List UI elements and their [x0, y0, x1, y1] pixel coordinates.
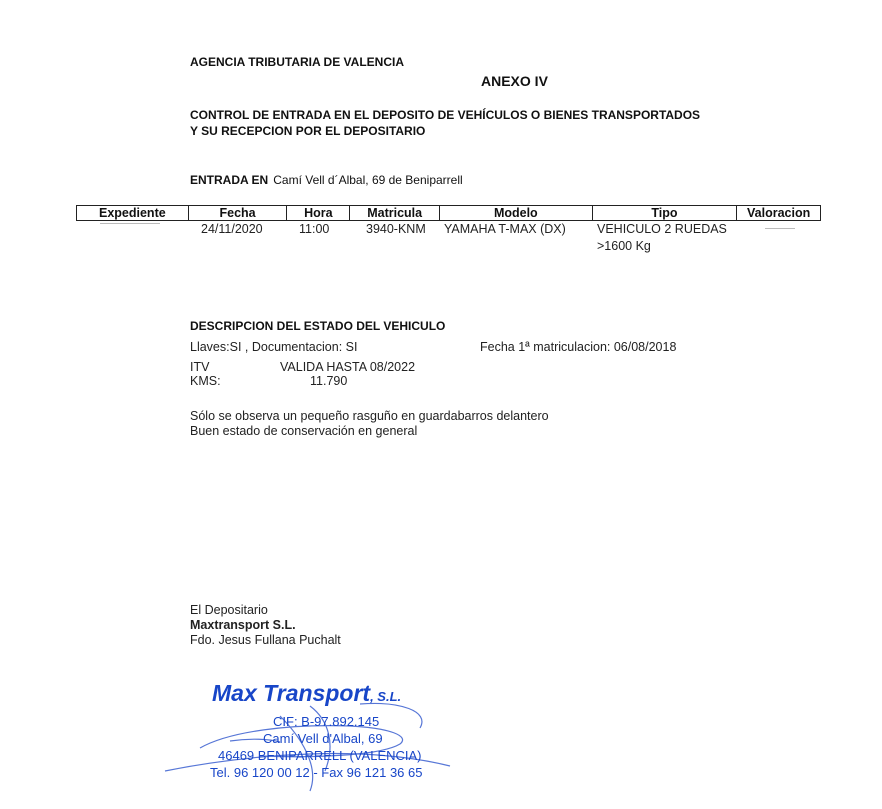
note-1: Sólo se observa un pequeño rasguño en gu… [190, 409, 549, 423]
entrada-address: Camí Vell d´Albal, 69 de Beniparrell [273, 173, 462, 187]
keys-documentation: Llaves:SI , Documentacion: SI [190, 340, 357, 354]
itv-label: ITV [190, 360, 209, 374]
stamp-street: Camí Vell d'Albal, 69 [263, 731, 383, 746]
cell-fecha: 24/11/2020 [201, 222, 263, 236]
stamp-brand: Max Transport, S.L. [212, 680, 401, 707]
stamp-phones: Tel. 96 120 00 12 - Fax 96 121 36 65 [210, 765, 423, 780]
document-title-line2: Y SU RECEPCION POR EL DEPOSITARIO [190, 124, 425, 138]
first-registration-date: Fecha 1ª matriculacion: 06/08/2018 [480, 340, 676, 354]
col-modelo: Modelo [440, 206, 593, 220]
annex-title: ANEXO IV [481, 73, 548, 89]
col-tipo: Tipo [593, 206, 738, 220]
cell-modelo: YAMAHA T-MAX (DX) [444, 222, 566, 236]
cell-hora: 11:00 [299, 222, 329, 236]
document-title-line1: CONTROL DE ENTRADA EN EL DEPOSITO DE VEH… [190, 108, 700, 122]
kms-label: KMS: [190, 374, 221, 388]
entrada-line: ENTRADA ENCamí Vell d´Albal, 69 de Benip… [190, 173, 463, 187]
note-2: Buen estado de conservación en general [190, 424, 417, 438]
company-stamp: Max Transport, S.L. CIF: B-97.892.145 Ca… [160, 676, 490, 801]
cell-tipo-line2: >1600 Kg [597, 239, 651, 253]
cell-matricula: 3940-KNM [366, 222, 426, 236]
signature-role: El Depositario [190, 603, 268, 617]
col-expediente: Expediente [77, 206, 189, 220]
col-matricula: Matricula [350, 206, 440, 220]
cell-tipo-line1: VEHICULO 2 RUEDAS [597, 222, 727, 236]
col-fecha: Fecha [189, 206, 288, 220]
stamp-cif: CIF: B-97.892.145 [273, 714, 379, 729]
kms-value: 11.790 [310, 374, 347, 388]
signature-name: Fdo. Jesus Fullana Puchalt [190, 633, 341, 647]
agency-name: AGENCIA TRIBUTARIA DE VALENCIA [190, 55, 404, 69]
col-valoracion: Valoracion [737, 206, 820, 220]
signature-company: Maxtransport S.L. [190, 618, 296, 632]
redacted-expediente [100, 223, 160, 224]
redacted-valoracion [765, 228, 795, 229]
entrada-label: ENTRADA EN [190, 173, 268, 187]
itv-value: VALIDA HASTA 08/2022 [280, 360, 415, 374]
description-title: DESCRIPCION DEL ESTADO DEL VEHICULO [190, 319, 445, 333]
stamp-city: 46469 BENIPARRELL (VALENCIA) [218, 748, 422, 763]
col-hora: Hora [287, 206, 350, 220]
vehicle-table-header: Expediente Fecha Hora Matricula Modelo T… [76, 205, 821, 221]
